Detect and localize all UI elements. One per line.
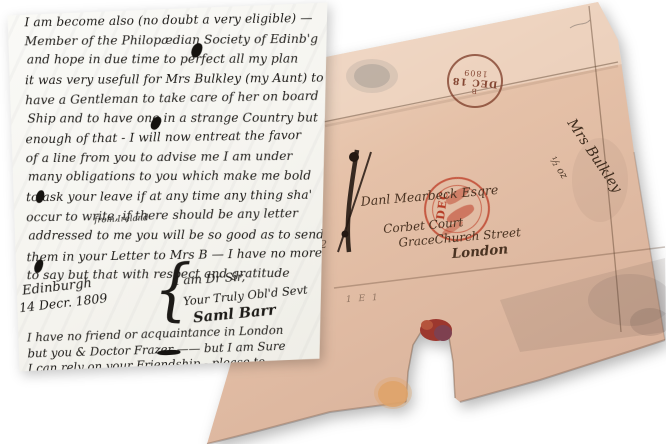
letter-line: and hope in due time to perfect all my p… <box>27 49 330 70</box>
letter-line: of a line from you to advise me I am und… <box>26 146 329 168</box>
letter-paper: I am become also (no doubt a very eligib… <box>4 1 335 378</box>
letter-body: I am become also (no doubt a very eligib… <box>24 10 329 286</box>
photo-of-two-letters: B DEC 18 1809 DEC Danl Mearbeck Esqre Co… <box>0 0 666 444</box>
letter-line: have a Gentleman to take care of her on … <box>25 87 328 111</box>
letter-line: Member of the Philopædian Society of Edi… <box>25 29 328 51</box>
closing-brace: { <box>154 256 193 324</box>
letter-line: addressed to me you will be so good as t… <box>28 225 331 246</box>
datestamp-black: B DEC 18 1809 <box>447 54 503 108</box>
orange-stain <box>374 377 412 409</box>
letter-page: I am become also (no doubt a very eligib… <box>4 1 335 378</box>
wax-seal-remnant <box>420 319 452 341</box>
letter-line: many obligations to you which make me bo… <box>28 167 331 188</box>
closing-salutation: I am Dr Sir, <box>174 270 245 288</box>
datestamp-black-text: B DEC 18 1809 <box>451 66 499 96</box>
postscript: I have no friend or acquaintance in Lond… <box>27 321 333 377</box>
